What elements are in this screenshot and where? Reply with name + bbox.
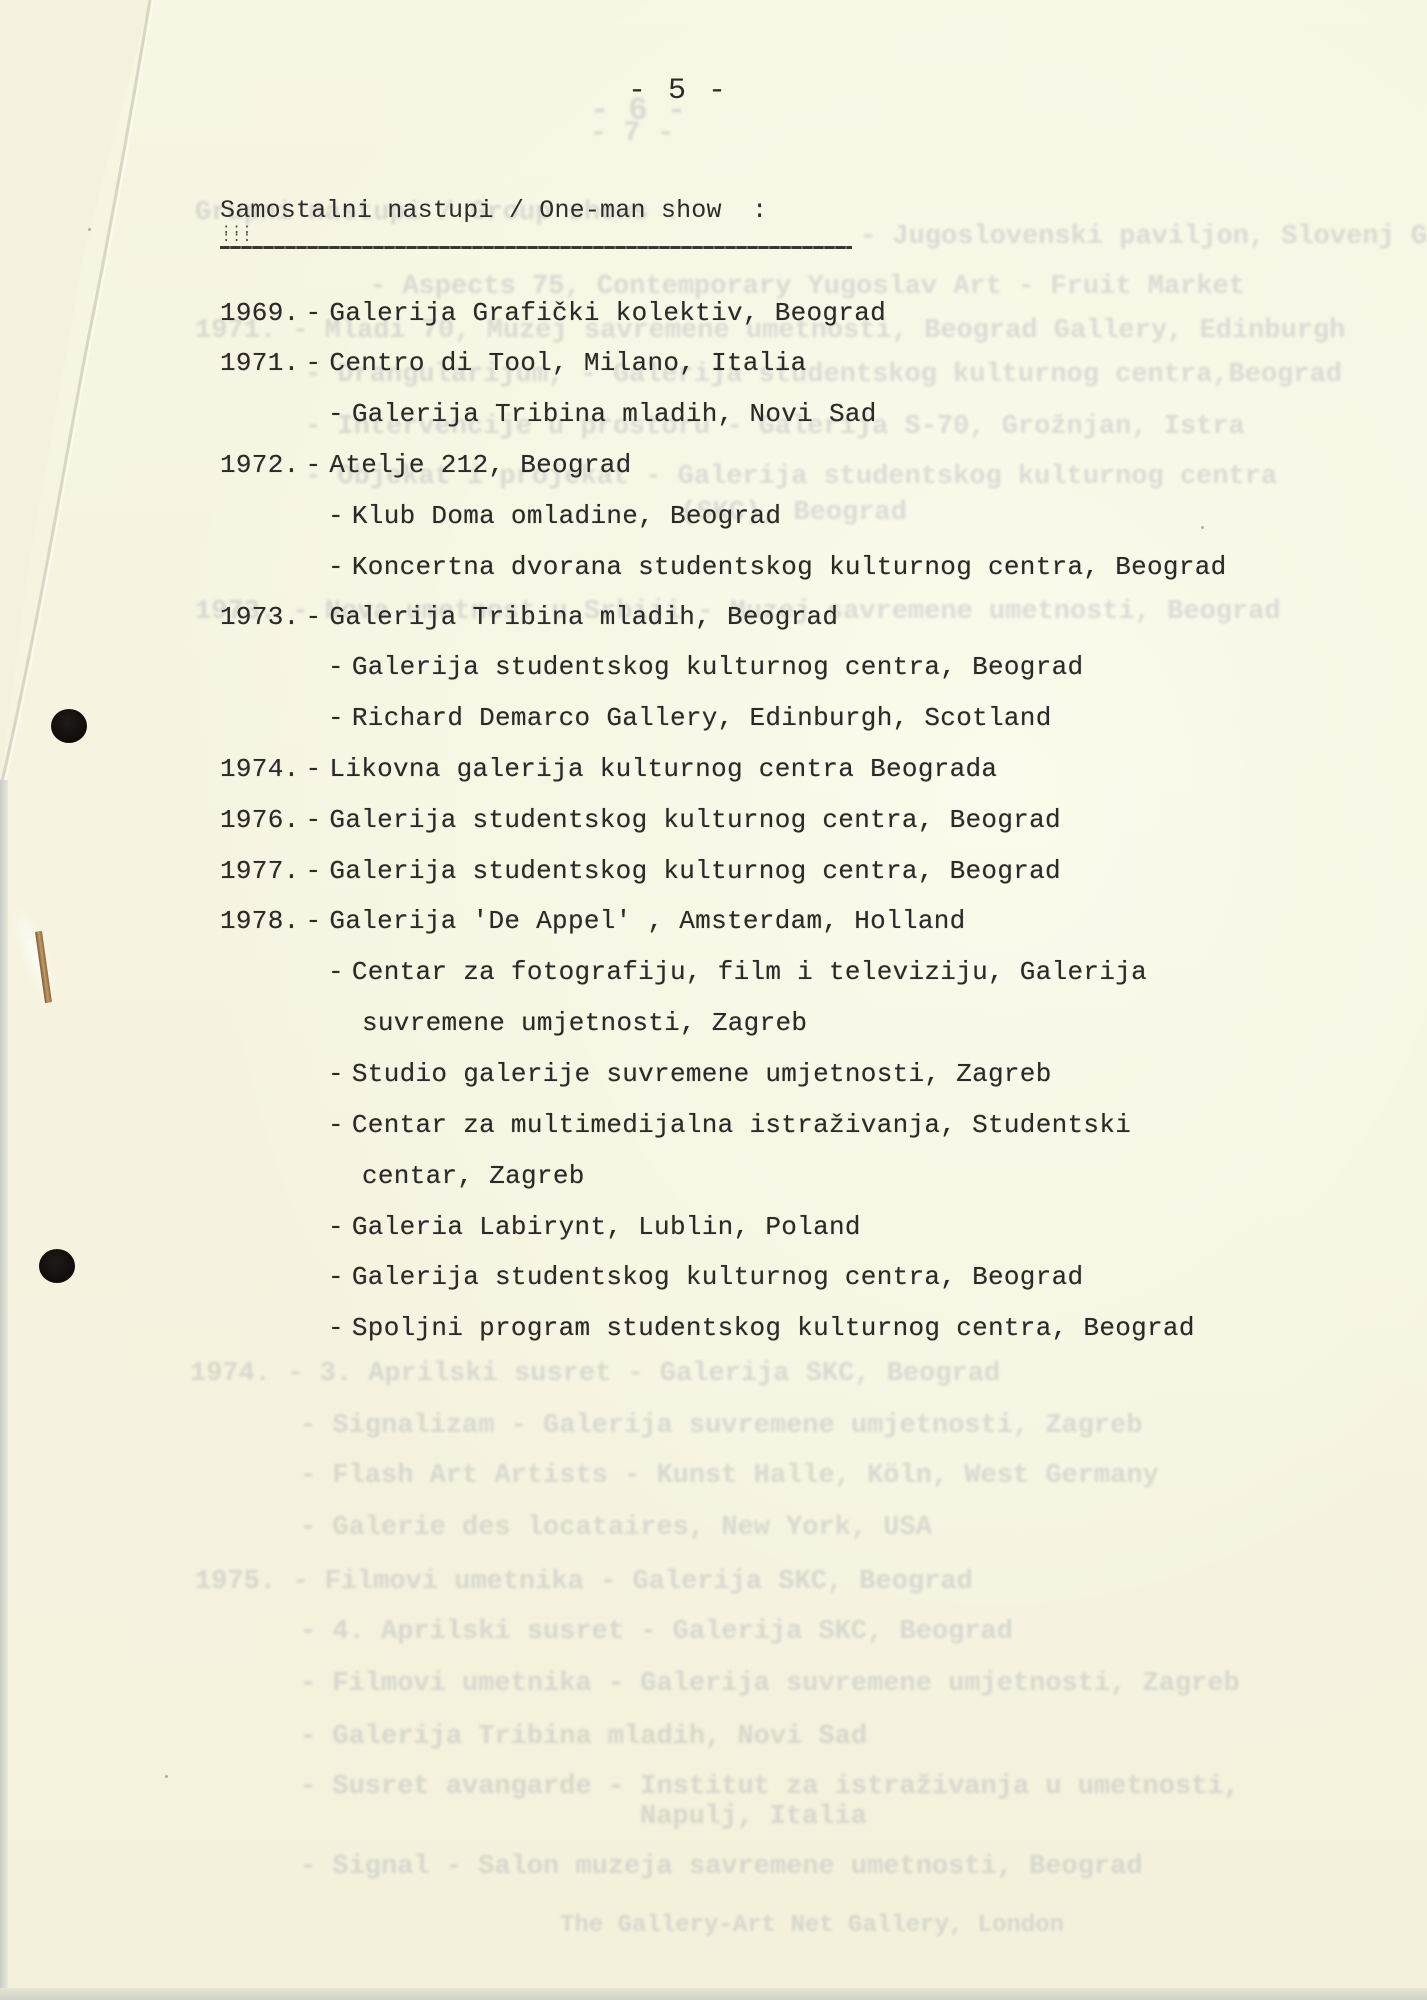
list-item: 1972.-Atelje 212, Beograd xyxy=(220,450,632,480)
entry-year: 1969. xyxy=(220,298,300,328)
list-item-continuation: centar, Zagreb xyxy=(362,1161,585,1191)
ghost-line: Napulj, Italia xyxy=(640,1802,867,1832)
entry-place: Galerija 'De Appel' , Amsterdam, Holland xyxy=(329,906,965,936)
entry-dash: - xyxy=(328,703,344,733)
ghost-page-number: - 7 - xyxy=(590,118,674,149)
entry-dash: - xyxy=(328,552,344,582)
entry-place: centar, Zagreb xyxy=(362,1161,585,1191)
left-edge-shadow xyxy=(0,780,8,2000)
list-item: 1969.-Galerija Grafički kolektiv, Beogra… xyxy=(220,298,886,328)
entry-year: 1976. xyxy=(220,805,300,835)
entry-place: Galerija studentskog kulturnog centra, B… xyxy=(352,652,1084,682)
entry-dash: - xyxy=(306,602,322,632)
entry-place: Studio galerije suvremene umjetnosti, Za… xyxy=(352,1059,1052,1089)
list-item: 1977.-Galerija studentskog kulturnog cen… xyxy=(220,856,1061,886)
ghost-line: - Flash Art Artists - Kunst Halle, Köln,… xyxy=(300,1461,1159,1491)
bottom-edge-shadow xyxy=(0,1988,1427,2000)
list-item: -Studio galerije suvremene umjetnosti, Z… xyxy=(322,1059,1052,1089)
ghost-line: - Filmovi umetnika - Galerija suvremene … xyxy=(300,1669,1240,1699)
entry-place: Galeria Labirynt, Lublin, Poland xyxy=(352,1212,861,1242)
entry-place: Centar za multimedijalna istraživanja, S… xyxy=(352,1110,1131,1140)
entry-place: Centar za fotografiju, film i televiziju… xyxy=(352,957,1147,987)
ghost-line: The Gallery-Art Net Gallery, London xyxy=(560,1912,1064,1939)
entry-dash: - xyxy=(306,450,322,480)
entry-place: Galerija studentskog kulturnog centra, B… xyxy=(329,805,1061,835)
entry-dash: - xyxy=(306,856,322,886)
page-number: - 5 - xyxy=(628,74,728,108)
entry-year: 1974. xyxy=(220,754,300,784)
paper-speck xyxy=(88,228,91,231)
entry-place: Galerija Tribina mladih, Novi Sad xyxy=(352,399,877,429)
entry-place: Galerija Grafički kolektiv, Beograd xyxy=(329,298,886,328)
list-item: 1971.-Centro di Tool, Milano, Italia xyxy=(220,348,807,378)
staple-shadow xyxy=(2,898,68,1012)
hole-punch-bottom xyxy=(39,1249,75,1283)
ghost-line: - Susret avangarde - Institut za istraži… xyxy=(300,1772,1240,1802)
entry-place: Likovna galerija kulturnog centra Beogra… xyxy=(329,754,997,784)
ghost-line: - Signalizam - Galerija suvremene umjetn… xyxy=(300,1411,1143,1441)
entry-year: 1972. xyxy=(220,450,300,480)
list-item: -Richard Demarco Gallery, Edinburgh, Sco… xyxy=(322,703,1052,733)
list-item: -Galerija studentskog kulturnog centra, … xyxy=(322,652,1083,682)
entry-dash: - xyxy=(306,298,322,328)
ghost-line: - Signal - Salon muzeja savremene umetno… xyxy=(300,1852,1143,1882)
paper-speck xyxy=(1201,526,1204,529)
list-item: -Spoljni program studentskog kulturnog c… xyxy=(322,1313,1195,1343)
entry-place: suvremene umjetnosti, Zagreb xyxy=(362,1008,807,1038)
ghost-line: - Galerie des locataires, New York, USA xyxy=(300,1513,932,1543)
entry-year: 1978. xyxy=(220,906,300,936)
entry-year: 1977. xyxy=(220,856,300,886)
list-item: -Galeria Labirynt, Lublin, Poland xyxy=(322,1212,861,1242)
entry-year: 1973. xyxy=(220,602,300,632)
list-item: 1974.-Likovna galerija kulturnog centra … xyxy=(220,754,997,784)
list-item: -Galerija Tribina mladih, Novi Sad xyxy=(322,399,877,429)
paper-speck xyxy=(165,1775,168,1778)
entry-place: Koncertna dvorana studentskog kulturnog … xyxy=(352,552,1227,582)
folded-sheet-edge xyxy=(0,0,160,780)
entry-dash: - xyxy=(306,805,322,835)
ghost-line: - 4. Aprilski susret - Galerija SKC, Beo… xyxy=(300,1617,1013,1647)
entry-place: Centro di Tool, Milano, Italia xyxy=(329,348,806,378)
scanned-page: - 6 - - 7 - Grupni nastupi / Group shows… xyxy=(0,0,1427,2000)
entry-dash: - xyxy=(306,348,322,378)
entry-dash: - xyxy=(328,1110,344,1140)
list-item: -Koncertna dvorana studentskog kulturnog… xyxy=(322,552,1227,582)
heading-marks: :::::: xyxy=(222,226,253,242)
entry-dash: - xyxy=(328,652,344,682)
entry-dash: - xyxy=(306,754,322,784)
entry-dash: - xyxy=(328,501,344,531)
heading-text: Samostalni nastupi / One-man show : xyxy=(220,196,767,225)
entry-dash: - xyxy=(328,1059,344,1089)
ghost-line: 1975. - Filmovi umetnika - Galerija SKC,… xyxy=(195,1567,973,1597)
entry-place: Atelje 212, Beograd xyxy=(329,450,631,480)
heading-underline xyxy=(220,246,852,249)
entry-place: Spoljni program studentskog kulturnog ce… xyxy=(352,1313,1195,1343)
list-item: -Centar za multimedijalna istraživanja, … xyxy=(322,1110,1131,1140)
entry-dash: - xyxy=(328,957,344,987)
list-item: 1978.-Galerija 'De Appel' , Amsterdam, H… xyxy=(220,906,966,936)
list-item: 1973.-Galerija Tribina mladih, Beograd xyxy=(220,602,838,632)
ghost-line: - Galerija Tribina mladih, Novi Sad xyxy=(300,1722,867,1752)
hole-punch-top xyxy=(51,709,87,743)
list-item-continuation: suvremene umjetnosti, Zagreb xyxy=(362,1008,807,1038)
entry-dash: - xyxy=(328,399,344,429)
entry-dash: - xyxy=(328,1212,344,1242)
entry-year: 1971. xyxy=(220,348,300,378)
section-heading: Samostalni nastupi / One-man show : ::::… xyxy=(220,196,767,225)
list-item: -Galerija studentskog kulturnog centra, … xyxy=(322,1262,1083,1292)
ghost-line: - Jugoslovenski paviljon, Slovenj Gradec xyxy=(860,222,1427,252)
entry-place: Klub Doma omladine, Beograd xyxy=(352,501,781,531)
ghost-line: 1974. - 3. Aprilski susret - Galerija SK… xyxy=(190,1359,1000,1389)
entry-dash: - xyxy=(328,1262,344,1292)
entry-place: Galerija Tribina mladih, Beograd xyxy=(329,602,838,632)
entry-place: Galerija studentskog kulturnog centra, B… xyxy=(329,856,1061,886)
entry-place: Richard Demarco Gallery, Edinburgh, Scot… xyxy=(352,703,1052,733)
entry-dash: - xyxy=(306,906,322,936)
list-item: -Klub Doma omladine, Beograd xyxy=(322,501,781,531)
entry-dash: - xyxy=(328,1313,344,1343)
entry-place: Galerija studentskog kulturnog centra, B… xyxy=(352,1262,1084,1292)
list-item: 1976.-Galerija studentskog kulturnog cen… xyxy=(220,805,1061,835)
list-item: -Centar za fotografiju, film i televizij… xyxy=(322,957,1147,987)
